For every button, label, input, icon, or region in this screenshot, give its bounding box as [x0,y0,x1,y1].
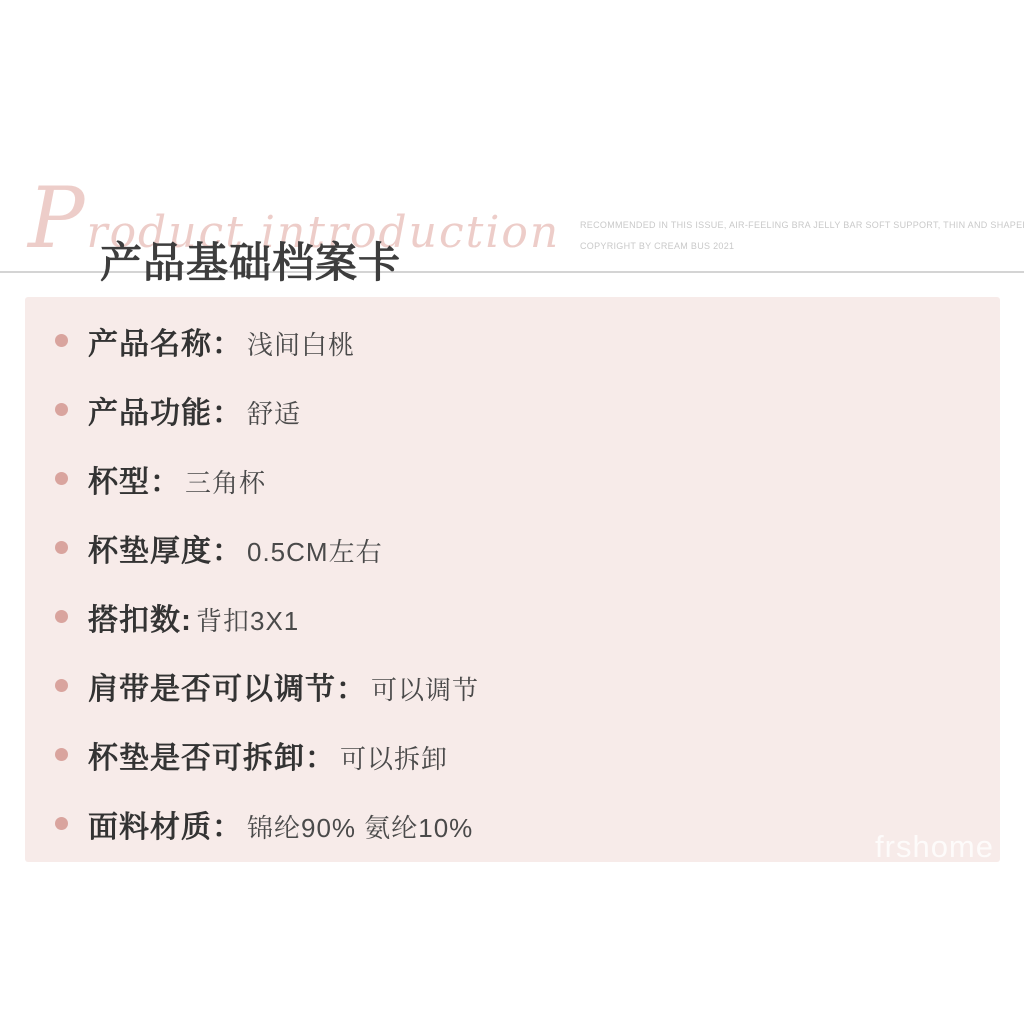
spec-text: 杯垫是否可拆卸：可以拆卸 [88,733,448,777]
product-info-page: Product introduction 产品基础档案卡 RECOMMENDED… [0,0,1024,1024]
spec-label: 搭扣数: [88,604,192,637]
bullet-dot-icon [55,817,68,830]
spec-row: 杯垫厚度：0.5CM左右 [25,513,1000,582]
page-title: 产品基础档案卡 [100,230,401,290]
spec-label: 杯型： [88,466,181,499]
spec-row: 搭扣数:背扣3X1 [25,582,1000,651]
spec-value: 可以拆卸 [340,744,448,774]
caption-line-1: RECOMMENDED IN THIS ISSUE, AIR-FEELING B… [580,215,1010,236]
spec-text: 杯垫厚度：0.5CM左右 [88,526,383,570]
spec-label: 产品名称： [88,328,243,361]
spec-label: 杯垫厚度： [88,535,243,568]
spec-value: 浅间白桃 [247,330,355,360]
spec-value: 锦纶90% 氨纶10% [247,813,473,843]
header-caption: RECOMMENDED IN THIS ISSUE, AIR-FEELING B… [580,215,1010,257]
bullet-dot-icon [55,472,68,485]
spec-text: 搭扣数:背扣3X1 [88,595,299,639]
spec-label: 面料材质： [88,811,243,844]
spec-text: 杯型：三角杯 [88,457,266,501]
spec-label: 肩带是否可以调节： [88,673,367,706]
spec-value: 0.5CM左右 [247,537,383,567]
bullet-dot-icon [55,541,68,554]
spec-text: 面料材质：锦纶90% 氨纶10% [88,802,473,846]
spec-row: 杯型：三角杯 [25,444,1000,513]
spec-value: 舒适 [247,399,301,429]
caption-line-2: COPYRIGHT BY CREAM BUS 2021 [580,236,1010,257]
spec-row: 杯垫是否可拆卸：可以拆卸 [25,720,1000,789]
watermark-text: frshome [875,831,994,862]
spec-text: 产品名称：浅间白桃 [88,319,355,363]
spec-row: 肩带是否可以调节：可以调节 [25,651,1000,720]
spec-value: 背扣3X1 [196,606,299,636]
spec-value: 可以调节 [371,675,479,705]
bullet-dot-icon [55,748,68,761]
bullet-dot-icon [55,334,68,347]
spec-row: 面料材质：锦纶90% 氨纶10% [25,789,1000,858]
spec-label: 产品功能： [88,397,243,430]
bullet-dot-icon [55,679,68,692]
spec-value: 三角杯 [185,468,266,498]
spec-text: 产品功能：舒适 [88,388,301,432]
spec-text: 肩带是否可以调节：可以调节 [88,664,479,708]
product-spec-card: 产品名称：浅间白桃 产品功能：舒适 杯型：三角杯 杯垫厚度：0. [25,297,1000,862]
spec-row: 产品名称：浅间白桃 [25,306,1000,375]
bullet-dot-icon [55,403,68,416]
spec-row: 产品功能：舒适 [25,375,1000,444]
bullet-dot-icon [55,610,68,623]
spec-label: 杯垫是否可拆卸： [88,742,336,775]
